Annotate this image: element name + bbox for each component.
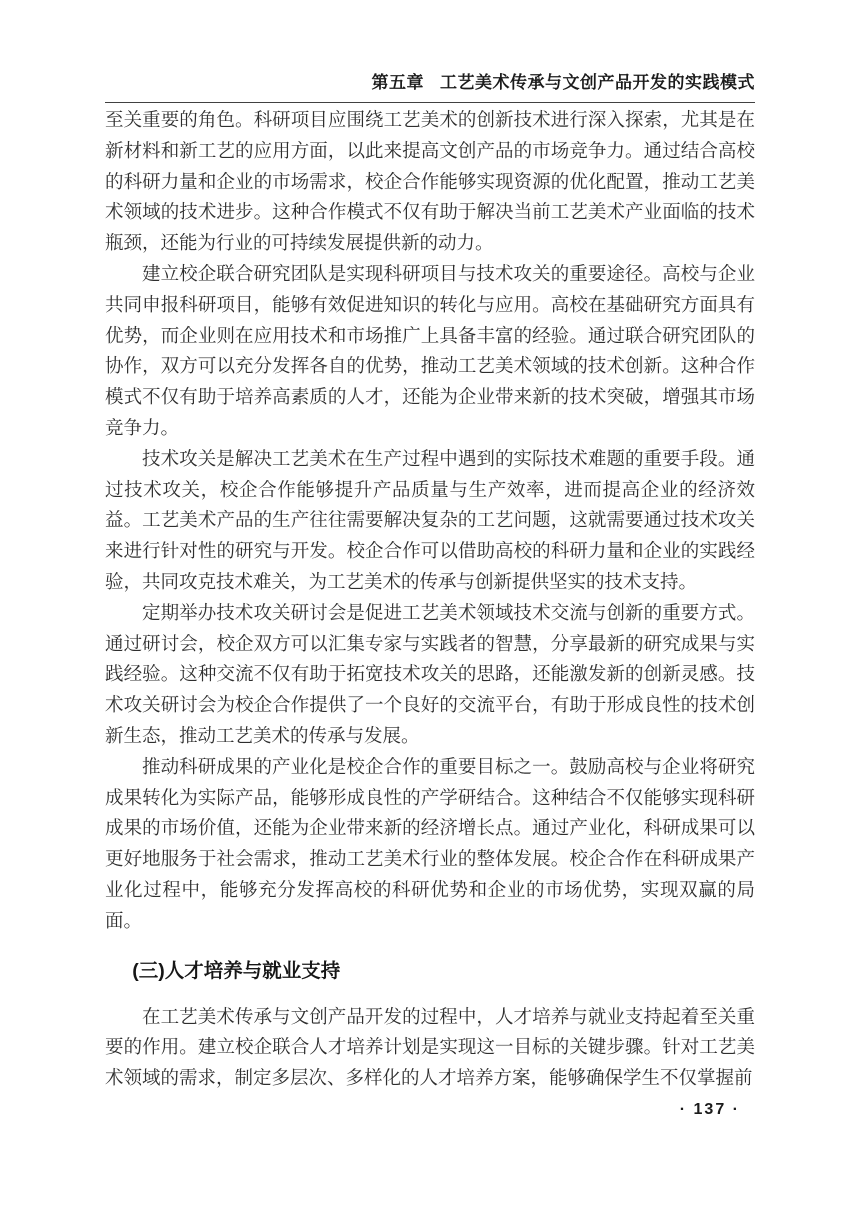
paragraph-6: 在工艺美术传承与文创产品开发的过程中，人才培养与就业支持起着至关重要的作用。建立… xyxy=(105,1003,755,1095)
paragraph-3: 技术攻关是解决工艺美术在生产过程中遇到的实际技术难题的重要手段。通过技术攻关，校… xyxy=(105,445,755,599)
section-heading: (三)人才培养与就业支持 xyxy=(105,960,755,983)
page-number: · 137 · xyxy=(680,1101,740,1119)
paragraph-4: 定期举办技术攻关研讨会是促进工艺美术领域技术交流与创新的重要方式。通过研讨会，校… xyxy=(105,599,755,753)
body-text: 至关重要的角色。科研项目应围绕工艺美术的创新技术进行深入探索，尤其是在新材料和新… xyxy=(105,106,755,1095)
paragraph-5: 推动科研成果的产业化是校企合作的重要目标之一。鼓励高校与企业将研究成果转化为实际… xyxy=(105,753,755,938)
page-content: 第五章工艺美术传承与文创产品开发的实践模式 至关重要的角色。科研项目应围绕工艺美… xyxy=(105,0,755,1095)
running-head: 第五章工艺美术传承与文创产品开发的实践模式 xyxy=(105,0,755,92)
paragraph-1: 至关重要的角色。科研项目应围绕工艺美术的创新技术进行深入探索，尤其是在新材料和新… xyxy=(105,106,755,260)
chapter-title: 工艺美术传承与文创产品开发的实践模式 xyxy=(440,73,755,92)
header-rule xyxy=(105,102,755,103)
book-page: 第五章工艺美术传承与文创产品开发的实践模式 至关重要的角色。科研项目应围绕工艺美… xyxy=(0,0,860,1208)
chapter-number: 第五章 xyxy=(372,73,425,92)
paragraph-2: 建立校企联合研究团队是实现科研项目与技术攻关的重要途径。高校与企业共同申报科研项… xyxy=(105,260,755,445)
